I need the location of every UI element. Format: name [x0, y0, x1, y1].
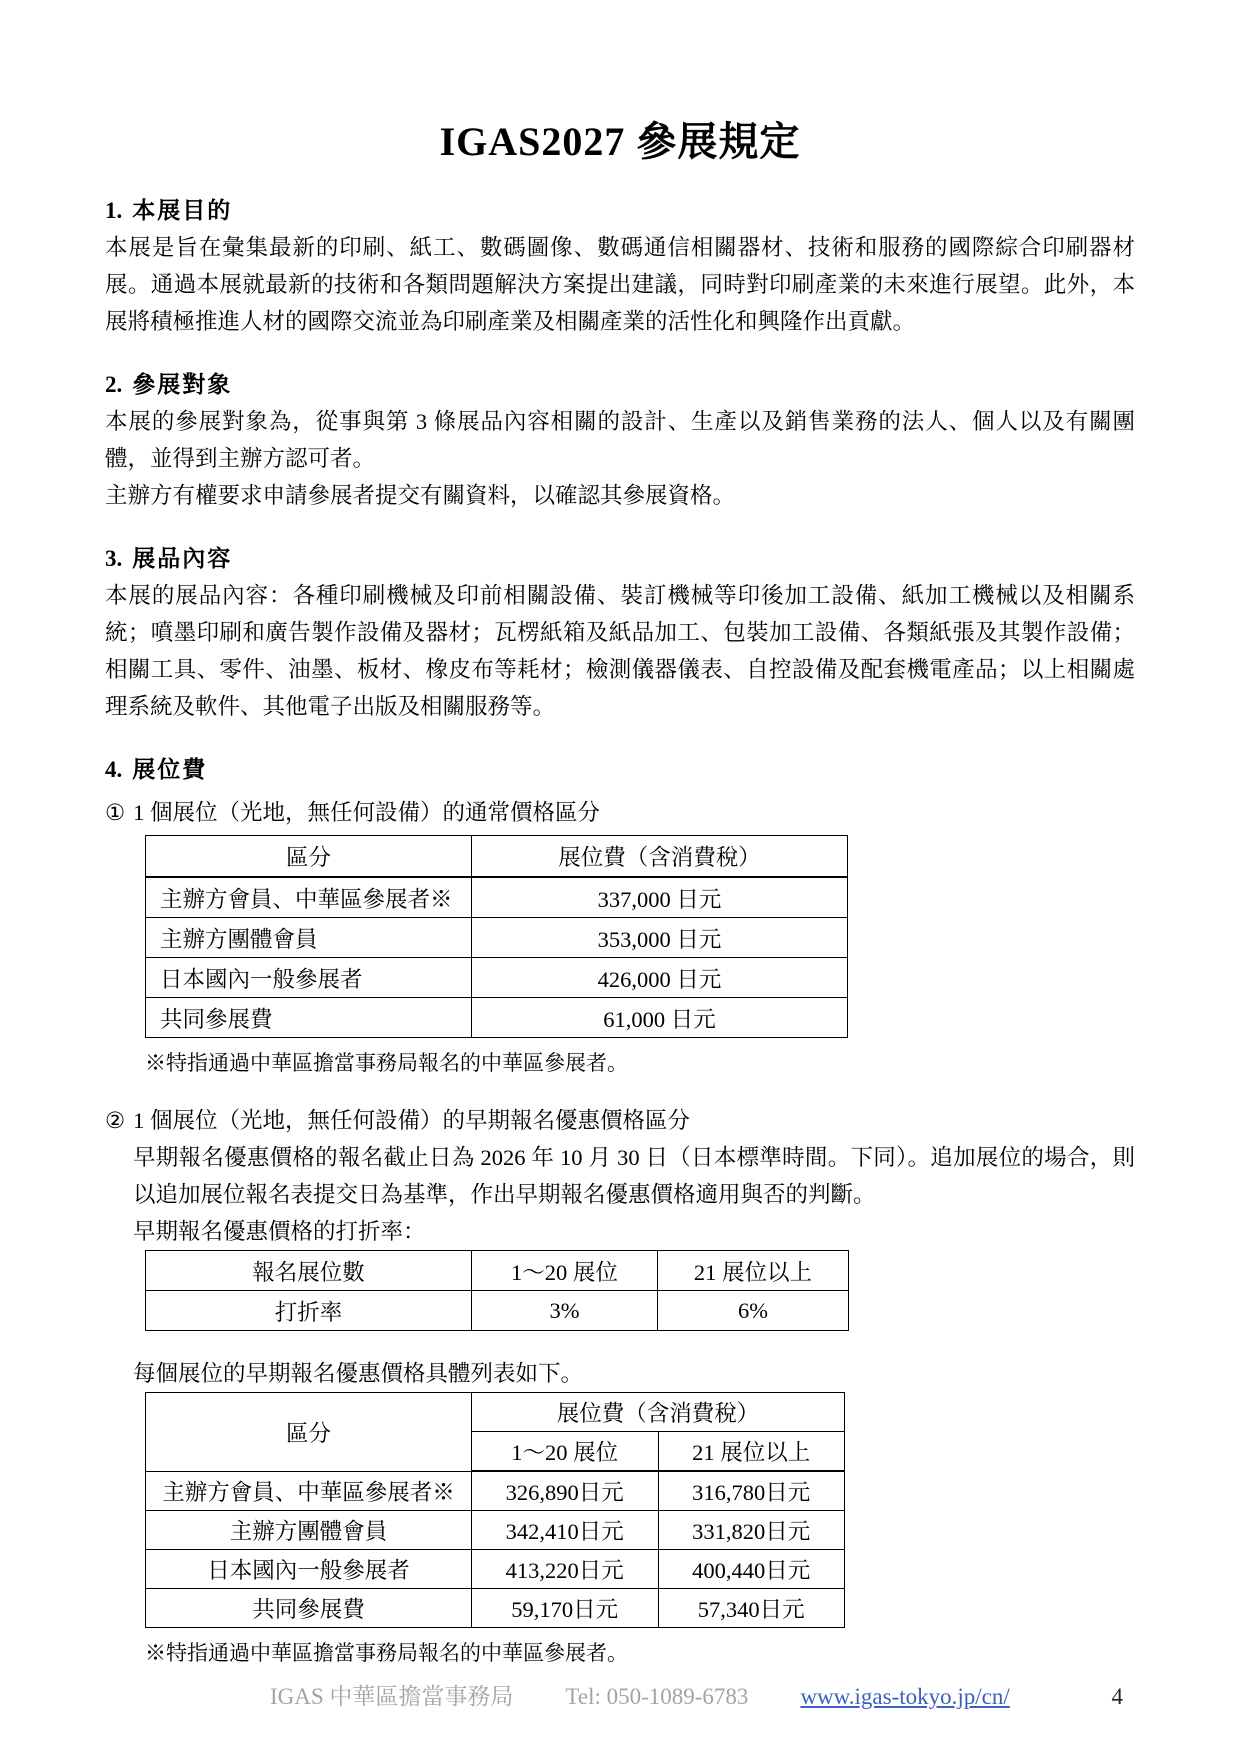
table-row: 日本國內一般參展者 426,000 日元	[146, 958, 848, 998]
row-label: 主辦方會員、中華區參展者※	[146, 1471, 472, 1511]
table-header-row: 報名展位數 1～20 展位 21 展位以上	[146, 1251, 849, 1291]
section-4-number: 4.	[105, 757, 122, 782]
header-category: 區分	[146, 1393, 472, 1472]
row-label: 主辦方會員、中華區參展者※	[146, 877, 472, 918]
table-header-row: 區分 展位費（含消費稅）	[146, 836, 848, 878]
header-booth-count: 報名展位數	[146, 1251, 472, 1291]
table-row: 打折率 3% 6%	[146, 1291, 849, 1331]
price-1-20: 326,890日元	[472, 1471, 659, 1511]
table-row: 共同參展費 61,000 日元	[146, 998, 848, 1038]
discount-rate-21plus: 6%	[658, 1291, 849, 1331]
section-1-title: 本展目的	[132, 197, 232, 223]
table-row: 主辦方團體會員 342,410日元 331,820日元	[146, 1511, 845, 1550]
section-2-paragraph-2: 主辦方有權要求申請參展者提交有關資料，以確認其參展資格。	[105, 477, 1135, 514]
item2-list-intro: 每個展位的早期報名優惠價格具體列表如下。	[133, 1355, 1135, 1392]
section-3-number: 3.	[105, 546, 122, 571]
section-3-title: 展品內容	[132, 545, 232, 571]
footer-website-link[interactable]: www.igas-tokyo.jp/cn/	[800, 1682, 1009, 1712]
section-1-number: 1.	[105, 198, 122, 223]
footer-office-name: IGAS 中華區擔當事務局	[270, 1682, 513, 1712]
price-21plus: 331,820日元	[658, 1511, 845, 1550]
price-1-20: 342,410日元	[472, 1511, 659, 1550]
section-2-paragraph-1: 本展的參展對象為，從事與第 3 條展品內容相關的設計、生產以及銷售業務的法人、個…	[105, 403, 1135, 477]
section-3-heading: 3.展品內容	[105, 540, 1135, 577]
price-21plus: 400,440日元	[658, 1550, 845, 1589]
circled-1-marker: ①	[105, 800, 125, 825]
subheader-range-1-20: 1～20 展位	[472, 1432, 659, 1472]
header-range-1-20: 1～20 展位	[472, 1251, 658, 1291]
section-2-number: 2.	[105, 372, 122, 397]
section-4-title: 展位費	[132, 756, 207, 782]
row-value: 353,000 日元	[472, 918, 848, 958]
page-footer: IGAS 中華區擔當事務局 Tel: 050-1089-6783 www.iga…	[105, 1682, 1135, 1712]
section-1-heading: 1.本展目的	[105, 192, 1135, 229]
normal-price-table: 區分 展位費（含消費稅） 主辦方會員、中華區參展者※ 337,000 日元 主辦…	[145, 835, 848, 1038]
table-header-row: 區分 展位費（含消費稅）	[146, 1393, 845, 1432]
table-row: 主辦方會員、中華區參展者※ 337,000 日元	[146, 877, 848, 918]
item2-deadline-paragraph: 早期報名優惠價格的報名截止日為 2026 年 10 月 30 日（日本標準時間。…	[133, 1139, 1135, 1213]
page-title: IGAS2027 參展規定	[105, 118, 1135, 166]
item1-footnote: ※特指通過中華區擔當事務局報名的中華區參展者。	[145, 1048, 1135, 1078]
discount-rate-table: 報名展位數 1～20 展位 21 展位以上 打折率 3% 6%	[145, 1250, 849, 1331]
item2-caption: 1 個展位（光地，無任何設備）的早期報名優惠價格區分	[133, 1108, 690, 1133]
row-label: 打折率	[146, 1291, 472, 1331]
row-label: 共同參展費	[146, 998, 472, 1038]
price-1-20: 413,220日元	[472, 1550, 659, 1589]
row-label: 主辦方團體會員	[146, 918, 472, 958]
item1-caption-line: ①1 個展位（光地，無任何設備）的通常價格區分	[105, 794, 1135, 831]
table-row: 日本國內一般參展者 413,220日元 400,440日元	[146, 1550, 845, 1589]
subheader-range-21plus: 21 展位以上	[658, 1432, 845, 1472]
item2-discount-intro: 早期報名優惠價格的打折率：	[133, 1213, 1135, 1250]
row-value: 337,000 日元	[472, 877, 848, 918]
row-label: 日本國內一般參展者	[146, 958, 472, 998]
row-value: 426,000 日元	[472, 958, 848, 998]
table-row: 主辦方會員、中華區參展者※ 326,890日元 316,780日元	[146, 1471, 845, 1511]
row-label: 主辦方團體會員	[146, 1511, 472, 1550]
table-row: 共同參展費 59,170日元 57,340日元	[146, 1589, 845, 1628]
page-number: 4	[1112, 1682, 1124, 1712]
section-4-heading: 4.展位費	[105, 751, 1135, 788]
price-21plus: 316,780日元	[658, 1471, 845, 1511]
row-label: 共同參展費	[146, 1589, 472, 1628]
section-2-title: 參展對象	[132, 371, 232, 397]
item2-caption-line: ②1 個展位（光地，無任何設備）的早期報名優惠價格區分	[105, 1102, 1135, 1139]
row-label: 日本國內一般參展者	[146, 1550, 472, 1589]
table-row: 主辦方團體會員 353,000 日元	[146, 918, 848, 958]
row-value: 61,000 日元	[472, 998, 848, 1038]
header-range-21plus: 21 展位以上	[658, 1251, 849, 1291]
document-page: IGAS2027 參展規定 1.本展目的 本展是旨在彙集最新的印刷、紙工、數碼圖…	[0, 0, 1241, 1755]
item1-caption: 1 個展位（光地，無任何設備）的通常價格區分	[133, 800, 600, 825]
section-1-paragraph: 本展是旨在彙集最新的印刷、紙工、數碼圖像、數碼通信相關器材、技術和服務的國際綜合…	[105, 229, 1135, 340]
discount-rate-1-20: 3%	[472, 1291, 658, 1331]
price-21plus: 57,340日元	[658, 1589, 845, 1628]
section-3-paragraph: 本展的展品內容：各種印刷機械及印前相關設備、裝訂機械等印後加工設備、紙加工機械以…	[105, 577, 1135, 725]
price-1-20: 59,170日元	[472, 1589, 659, 1628]
header-fee: 展位費（含消費稅）	[472, 836, 848, 878]
circled-2-marker: ②	[105, 1108, 125, 1133]
footer-telephone: Tel: 050-1089-6783	[565, 1682, 748, 1712]
early-bird-price-table: 區分 展位費（含消費稅） 1～20 展位 21 展位以上 主辦方會員、中華區參展…	[145, 1392, 845, 1628]
header-fee-group: 展位費（含消費稅）	[472, 1393, 845, 1432]
item2-footnote: ※特指通過中華區擔當事務局報名的中華區參展者。	[145, 1638, 1135, 1668]
header-category: 區分	[146, 836, 472, 878]
section-2-heading: 2.參展對象	[105, 366, 1135, 403]
